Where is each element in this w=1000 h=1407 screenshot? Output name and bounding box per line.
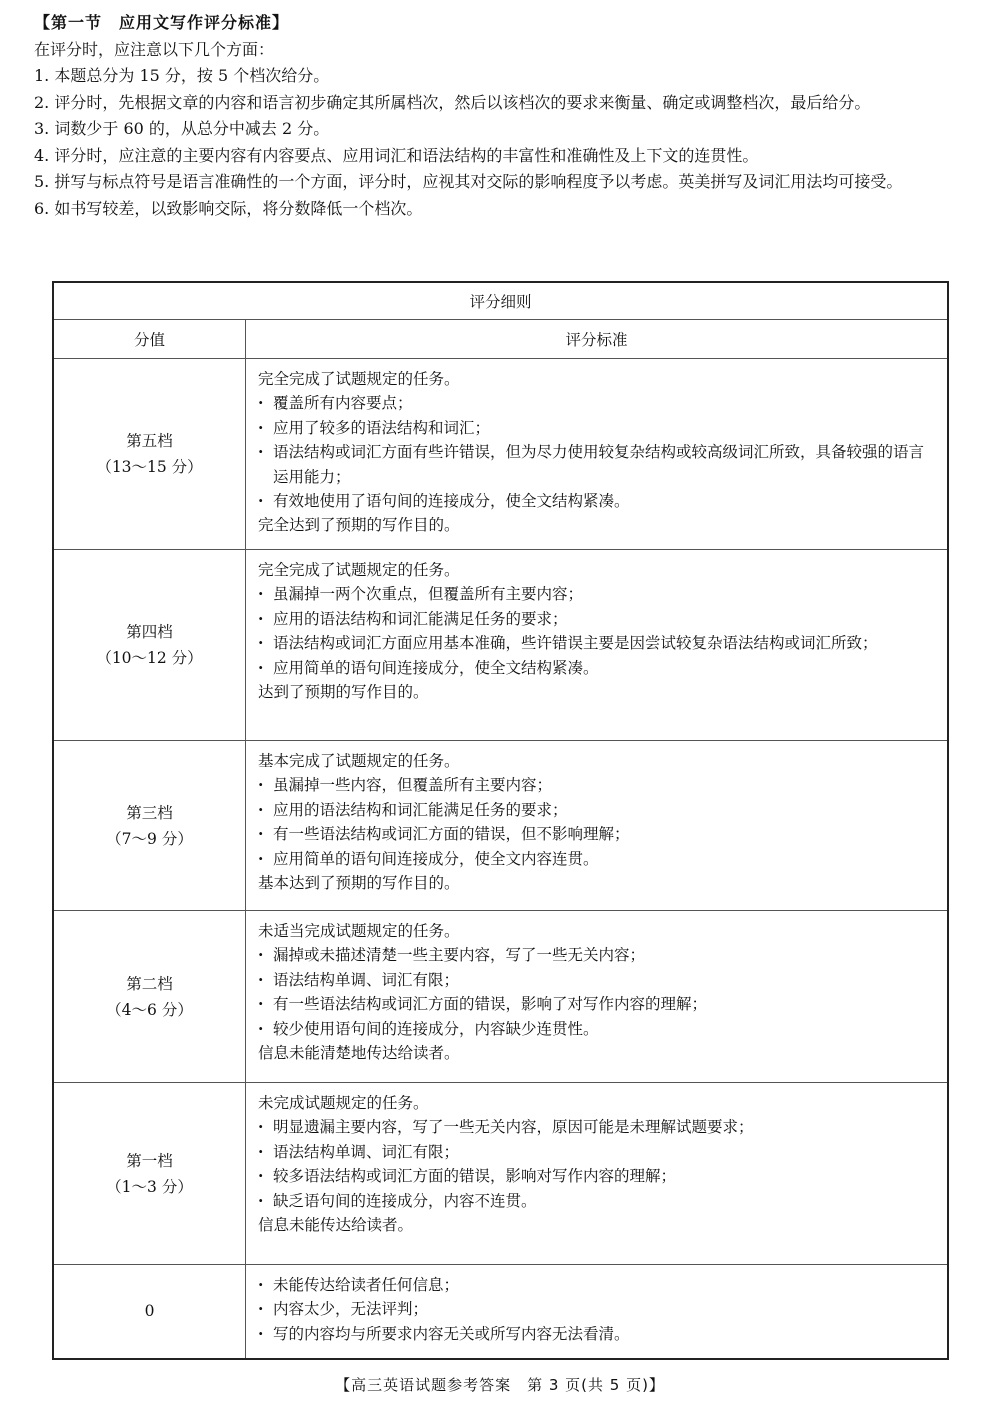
criteria-cell: 完全完成了试题规定的任务。 覆盖所有内容要点； 应用了较多的语法结构和词汇； 语… [246, 359, 949, 550]
column-header-criteria: 评分标准 [246, 320, 949, 359]
table-header-row: 分值 评分标准 [53, 320, 948, 359]
criteria-intro: 基本完成了试题规定的任务。 [258, 749, 935, 773]
table-row: 第二档 （4～6 分） 未适当完成试题规定的任务。 漏掉或未描述清楚一些主要内容… [53, 911, 948, 1083]
criteria-cell: 未适当完成试题规定的任务。 漏掉或未描述清楚一些主要内容，写了一些无关内容； 语… [246, 911, 949, 1083]
criteria-bullet: 有效地使用了语句间的连接成分，使全文结构紧凑。 [258, 489, 935, 513]
section-heading: 【第一节 应用文写作评分标准】 [34, 10, 974, 37]
instruction-item: 6. 如书写较差，以致影响交际，将分数降低一个档次。 [34, 196, 974, 223]
criteria-bullet: 内容太少，无法评判； [258, 1297, 935, 1321]
criteria-bullet: 语法结构或词汇方面有些许错误，但为尽力使用较复杂结构或较高级词汇所致，具备较强的… [258, 440, 935, 489]
criteria-intro: 完全完成了试题规定的任务。 [258, 558, 935, 582]
level-name: 第五档 [55, 428, 244, 454]
level-cell: 第五档 （13～15 分） [53, 359, 246, 550]
criteria-bullet: 有一些语法结构或词汇方面的错误，但不影响理解； [258, 822, 935, 846]
level-cell: 0 [53, 1265, 246, 1359]
scoring-rubric-table: 评分细则 分值 评分标准 第五档 （13～15 分） 完全完成了试题规定的任务。… [52, 281, 949, 1360]
page-footer: 【高三英语试题参考答案 第 3 页(共 5 页)】 [0, 1374, 1000, 1395]
criteria-cell: 未能传达给读者任何信息； 内容太少，无法评判； 写的内容均与所要求内容无关或所写… [246, 1265, 949, 1359]
criteria-bullet: 应用的语法结构和词汇能满足任务的要求； [258, 607, 935, 631]
criteria-outro: 完全达到了预期的写作目的。 [258, 513, 935, 537]
level-range: （1～3 分） [55, 1174, 244, 1200]
level-cell: 第二档 （4～6 分） [53, 911, 246, 1083]
criteria-intro: 未适当完成试题规定的任务。 [258, 919, 935, 943]
level-name: 第一档 [55, 1148, 244, 1174]
level-range: （10～12 分） [55, 645, 244, 671]
table-title-row: 评分细则 [53, 282, 948, 320]
table-row: 第一档 （1～3 分） 未完成试题规定的任务。 明显遗漏主要内容，写了一些无关内… [53, 1083, 948, 1265]
criteria-bullet: 较多语法结构或词汇方面的错误，影响对写作内容的理解； [258, 1164, 935, 1188]
level-name: 第四档 [55, 619, 244, 645]
criteria-bullet: 应用简单的语句间连接成分，使全文结构紧凑。 [258, 656, 935, 680]
level-name: 第二档 [55, 971, 244, 997]
criteria-bullet: 漏掉或未描述清楚一些主要内容，写了一些无关内容； [258, 943, 935, 967]
level-range: （13～15 分） [55, 454, 244, 480]
criteria-bullet: 语法结构或词汇方面应用基本准确，些许错误主要是因尝试较复杂语法结构或词汇所致； [258, 631, 935, 655]
criteria-bullet: 较少使用语句间的连接成分，内容缺少连贯性。 [258, 1017, 935, 1041]
criteria-bullet: 未能传达给读者任何信息； [258, 1273, 935, 1297]
criteria-bullet: 应用简单的语句间连接成分，使全文内容连贯。 [258, 847, 935, 871]
instructions-section: 【第一节 应用文写作评分标准】 在评分时，应注意以下几个方面： 1. 本题总分为… [34, 10, 974, 222]
level-cell: 第一档 （1～3 分） [53, 1083, 246, 1265]
table-row: 第四档 （10～12 分） 完全完成了试题规定的任务。 虽漏掉一两个次重点，但覆… [53, 550, 948, 741]
level-range: （4～6 分） [55, 997, 244, 1023]
table-row: 0 未能传达给读者任何信息； 内容太少，无法评判； 写的内容均与所要求内容无关或… [53, 1265, 948, 1359]
level-range: （7～9 分） [55, 826, 244, 852]
table-row: 第五档 （13～15 分） 完全完成了试题规定的任务。 覆盖所有内容要点； 应用… [53, 359, 948, 550]
table-row: 第三档 （7～9 分） 基本完成了试题规定的任务。 虽漏掉一些内容，但覆盖所有主… [53, 741, 948, 911]
criteria-cell: 基本完成了试题规定的任务。 虽漏掉一些内容，但覆盖所有主要内容； 应用的语法结构… [246, 741, 949, 911]
criteria-outro: 基本达到了预期的写作目的。 [258, 871, 935, 895]
instruction-item: 1. 本题总分为 15 分，按 5 个档次给分。 [34, 63, 974, 90]
criteria-cell: 完全完成了试题规定的任务。 虽漏掉一两个次重点，但覆盖所有主要内容； 应用的语法… [246, 550, 949, 741]
criteria-bullet: 写的内容均与所要求内容无关或所写内容无法看清。 [258, 1322, 935, 1346]
criteria-outro: 信息未能清楚地传达给读者。 [258, 1041, 935, 1065]
criteria-bullet: 覆盖所有内容要点； [258, 391, 935, 415]
criteria-bullet: 语法结构单调、词汇有限； [258, 1140, 935, 1164]
instruction-item: 4. 评分时，应注意的主要内容有内容要点、应用词汇和语法结构的丰富性和准确性及上… [34, 143, 974, 170]
criteria-outro: 达到了预期的写作目的。 [258, 680, 935, 704]
table-title: 评分细则 [53, 282, 948, 320]
criteria-bullet: 虽漏掉一些内容，但覆盖所有主要内容； [258, 773, 935, 797]
criteria-intro: 完全完成了试题规定的任务。 [258, 367, 935, 391]
criteria-bullet: 应用了较多的语法结构和词汇； [258, 416, 935, 440]
criteria-bullet: 有一些语法结构或词汇方面的错误，影响了对写作内容的理解； [258, 992, 935, 1016]
instruction-item: 3. 词数少于 60 的，从总分中减去 2 分。 [34, 116, 974, 143]
column-header-score: 分值 [53, 320, 246, 359]
instruction-item: 5. 拼写与标点符号是语言准确性的一个方面，评分时，应视其对交际的影响程度予以考… [34, 169, 974, 196]
criteria-intro: 未完成试题规定的任务。 [258, 1091, 935, 1115]
lead-text: 在评分时，应注意以下几个方面： [34, 37, 974, 64]
criteria-bullet: 应用的语法结构和词汇能满足任务的要求； [258, 798, 935, 822]
criteria-bullet: 明显遗漏主要内容，写了一些无关内容，原因可能是未理解试题要求； [258, 1115, 935, 1139]
criteria-outro: 信息未能传达给读者。 [258, 1213, 935, 1237]
level-cell: 第四档 （10～12 分） [53, 550, 246, 741]
criteria-bullet: 虽漏掉一两个次重点，但覆盖所有主要内容； [258, 582, 935, 606]
level-name: 0 [55, 1298, 244, 1324]
criteria-bullet: 语法结构单调、词汇有限； [258, 968, 935, 992]
criteria-cell: 未完成试题规定的任务。 明显遗漏主要内容，写了一些无关内容，原因可能是未理解试题… [246, 1083, 949, 1265]
level-name: 第三档 [55, 800, 244, 826]
level-cell: 第三档 （7～9 分） [53, 741, 246, 911]
instruction-item: 2. 评分时，先根据文章的内容和语言初步确定其所属档次，然后以该档次的要求来衡量… [34, 90, 974, 117]
criteria-bullet: 缺乏语句间的连接成分，内容不连贯。 [258, 1189, 935, 1213]
